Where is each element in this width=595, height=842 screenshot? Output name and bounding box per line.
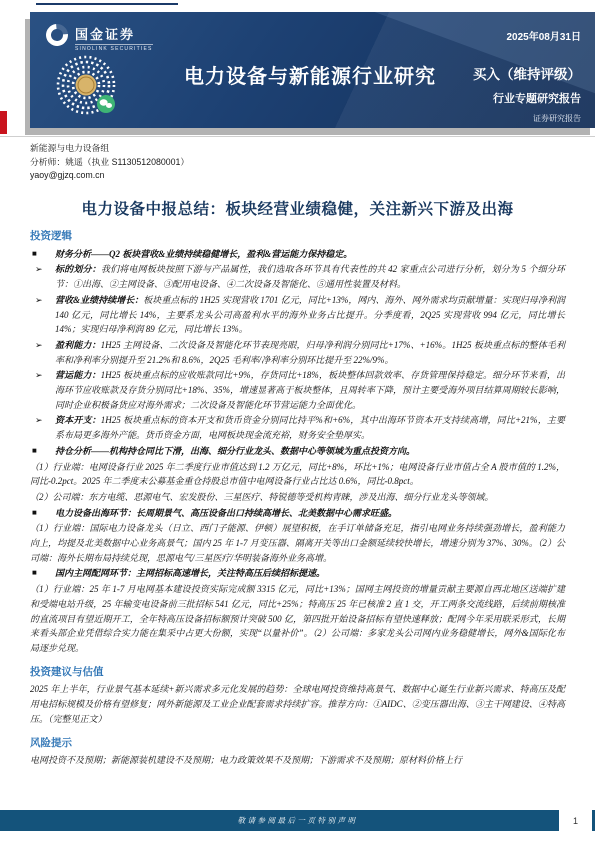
report-series-title: 电力设备与新能源行业研究 (160, 60, 460, 89)
footer-disclaimer: 敬请参阅最后一页特别声明 (238, 815, 358, 826)
sub-bullet-lead: 资本开支： (55, 415, 101, 425)
square-bullet-icon: ■ (32, 444, 37, 459)
logic-sub-bullet: ➢ 资本开支：1H25 板块重点标的资本开支和货币资金分别同比持平%和+6%，其… (30, 413, 565, 442)
report-body: 投资逻辑 ■ 财务分析——Q2 板块营收&业绩持续稳健增长，盈利&营运能力保持稳… (30, 229, 565, 768)
bullet-text: 电力设备出海环节：长周期景气、高压设备出口持续高增长、北美数据中心需求旺盛。 (55, 508, 397, 518)
logic-sub-bullet: ➢ 盈利能力：1H25 主网设备、二次设备及智能化环节表现亮眼，归母净利润分别同… (30, 338, 565, 367)
analyst-team: 新能源与电力设备组 (30, 142, 189, 156)
red-accent-bar (0, 111, 7, 134)
sub-bullet-lead: 盈利能力： (55, 340, 101, 350)
top-decorative-line (36, 3, 178, 5)
square-bullet-icon: ■ (32, 566, 37, 581)
report-type: 行业专题研究报告 (473, 90, 581, 106)
logic-sub-bullet: ➢ 营运能力：1H25 板块重点标的应收账款同比+9%，存货同比+18%，板块整… (30, 368, 565, 412)
sub-bullet-text: 1H25 板块重点标的应收账款同比+9%，存货同比+18%，板块整体回款效率、存… (55, 370, 565, 409)
brand-name-cn: 国金证券 (75, 24, 153, 43)
logic-paragraph: （1）行业端：电网设备行业 2025 年二季度行业市值达到 1.2 万亿元，同比… (30, 460, 565, 489)
footer-bar: 敬请参阅最后一页特别声明 1 (0, 810, 595, 831)
sinolink-logo-icon (42, 20, 73, 51)
bullet-text: 持仓分析——机构持仓同比下滑，出海、细分行业龙头、数据中心等领域为重点投资方向。 (55, 446, 415, 456)
report-page: 国金证券 SINOLINK SECURITIES 电力设备与新能源行业研究 (0, 0, 595, 842)
advice-paragraph: 2025 年上半年，行业景气基本延续+新兴需求多元化发展的趋势：全球电网投资维持… (30, 682, 565, 726)
logic-paragraph: （1）行业端：25 年 1-7 月电网基本建设投资实际完成额 3315 亿元，同… (30, 582, 565, 656)
logic-sub-bullet: ➢ 标的划分：我们将电网板块按照下游与产品属性，我们选取各环节具有代表性的共 4… (30, 262, 565, 291)
page-number: 1 (559, 810, 592, 831)
page-title: 电力设备中报总结：板块经营业绩稳健，关注新兴下游及出海 (0, 197, 595, 219)
logic-bullet: ■ 电力设备出海环节：长周期景气、高压设备出口持续高增长、北美数据中心需求旺盛。 (30, 506, 565, 521)
bullet-text: 财务分析——Q2 板块营收&业绩持续稳健增长，盈利&营运能力保持稳定。 (55, 249, 352, 259)
logic-sub-bullet: ➢ 营收&业绩持续增长：板块重点标的 1H25 实现营收 1701 亿元，同比+… (30, 293, 565, 337)
arrow-bullet-icon: ➢ (35, 368, 43, 383)
logic-paragraph: （1）行业端：国际电力设备龙头（日立、西门子能源、伊顿）展望积极，在手订单储备充… (30, 521, 565, 565)
sub-bullet-lead: 标的划分： (55, 264, 101, 274)
header-band: 国金证券 SINOLINK SECURITIES 电力设备与新能源行业研究 (30, 12, 595, 128)
logic-paragraph: （2）公司端：东方电缆、思源电气、宏发股份、三星医疗、特锐德等受机构青睐，涉及出… (30, 490, 565, 505)
sub-bullet-text: 1H25 板块重点标的资本开支和货币资金分别同比持平%和+6%，其中出海环节资本… (55, 415, 565, 440)
header-meta: 2025年08月31日 买入（维持评级） 行业专题研究报告 证券研究报告 (473, 28, 581, 124)
header-divider (0, 136, 595, 137)
section-heading-advice: 投资建议与估值 (30, 665, 565, 680)
square-bullet-icon: ■ (32, 247, 37, 262)
sub-bullet-text: 1H25 主网设备、二次设备及智能化环节表现亮眼，归母净利润分别同比+17%、+… (55, 340, 565, 365)
sub-bullet-lead: 营运能力： (55, 370, 101, 380)
analyst-block: 新能源与电力设备组 分析师：姚遥（执业 S1130512080001） yaoy… (30, 142, 189, 183)
sub-bullet-text: 我们将电网板块按照下游与产品属性，我们选取各环节具有代表性的共 42 家重点公司… (55, 264, 565, 289)
logic-bullet: ■ 国内主网配网环节：主网招标高速增长，关注特高压后续招标提速。 (30, 566, 565, 581)
arrow-bullet-icon: ➢ (35, 293, 43, 308)
brand-name-en: SINOLINK SECURITIES (75, 44, 153, 52)
logic-bullet: ■ 持仓分析——机构持仓同比下滑，出海、细分行业龙头、数据中心等领域为重点投资方… (30, 444, 565, 459)
sub-bullet-lead: 营收&业绩持续增长： (55, 295, 143, 305)
risk-paragraph: 电网投资不及预期；新能源装机建设不及预期；电力政策效果不及预期；下游需求不及预期… (30, 753, 565, 768)
arrow-bullet-icon: ➢ (35, 262, 43, 277)
section-heading-logic: 投资逻辑 (30, 229, 565, 244)
report-tag: 证券研究报告 (473, 113, 581, 124)
report-date: 2025年08月31日 (473, 28, 581, 43)
arrow-bullet-icon: ➢ (35, 338, 43, 353)
rating-badge: 买入（维持评级） (473, 63, 581, 83)
logic-bullet: ■ 财务分析——Q2 板块营收&业绩持续稳健增长，盈利&营运能力保持稳定。 (30, 247, 565, 262)
qr-code-icon (55, 54, 123, 127)
arrow-bullet-icon: ➢ (35, 413, 43, 428)
square-bullet-icon: ■ (32, 506, 37, 521)
analyst-email[interactable]: yaoy@gjzq.com.cn (30, 169, 189, 183)
section-heading-risk: 风险提示 (30, 736, 565, 751)
analyst-name: 分析师：姚遥（执业 S1130512080001） (30, 156, 189, 170)
brand-logo: 国金证券 SINOLINK SECURITIES (46, 24, 153, 52)
bullet-text: 国内主网配网环节：主网招标高速增长，关注特高压后续招标提速。 (55, 568, 325, 578)
